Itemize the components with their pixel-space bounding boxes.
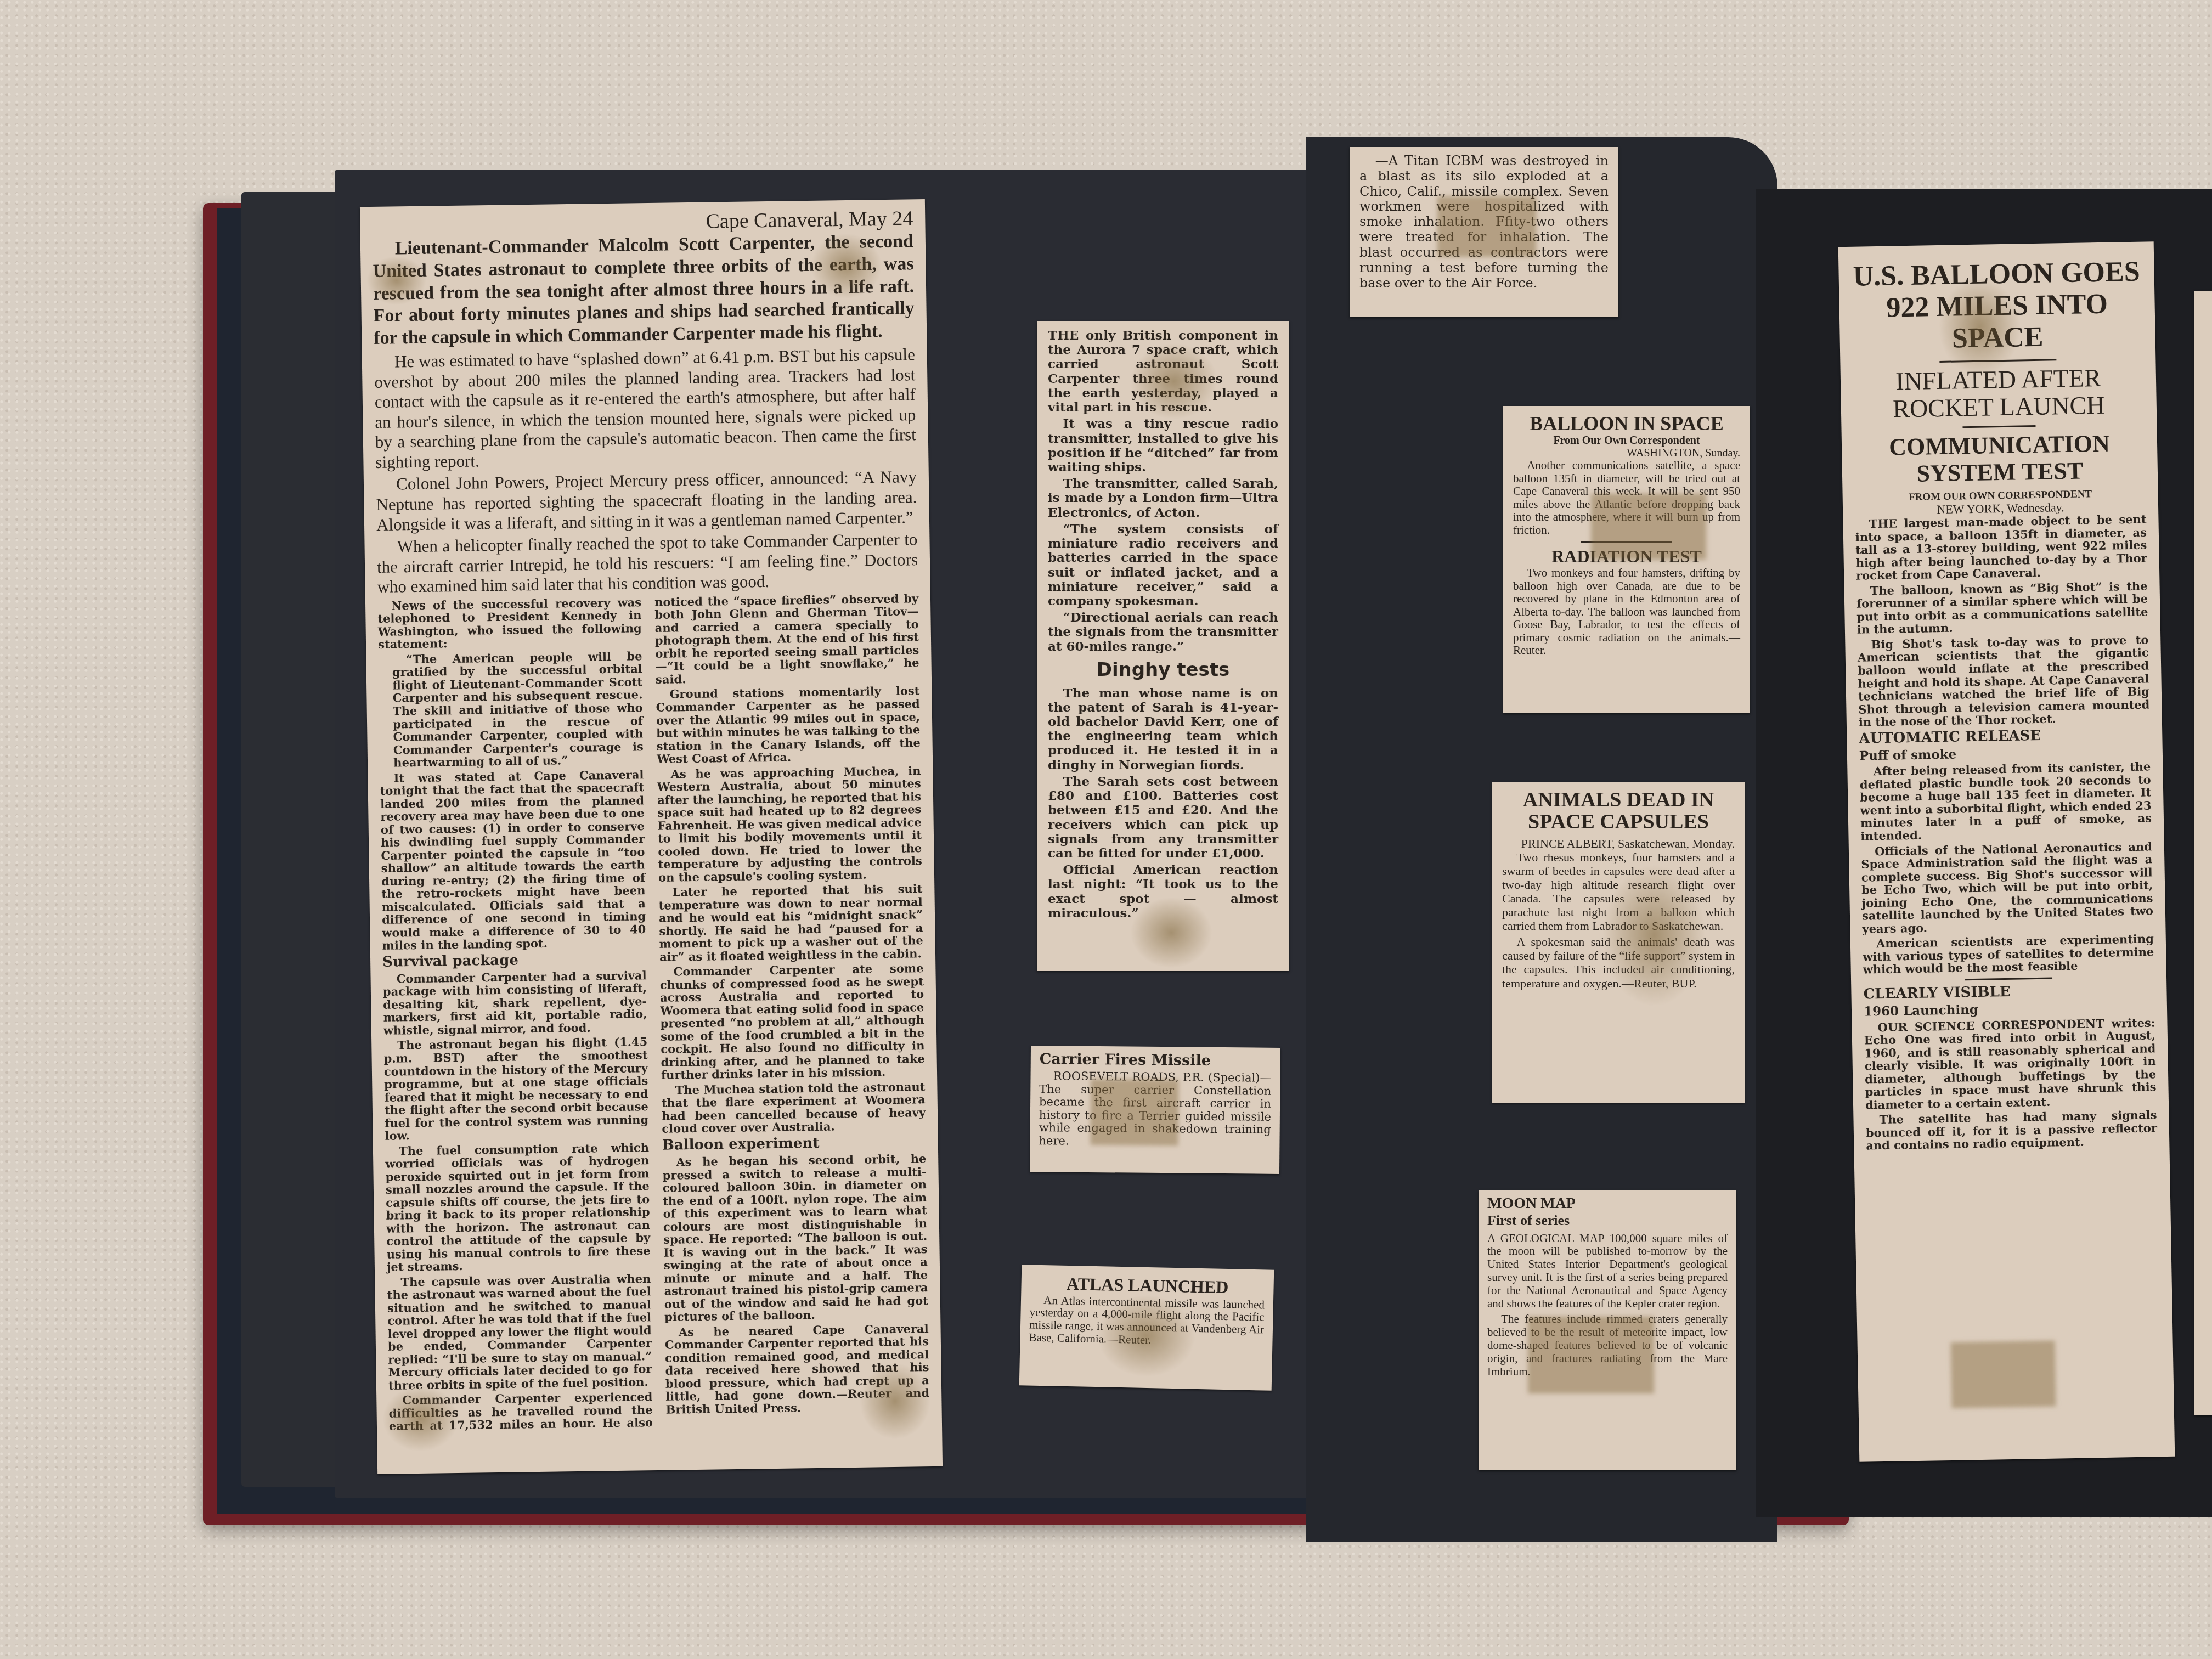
clipping-sarah-transmitter: THE only British component in the Aurora… <box>1037 321 1289 971</box>
headline: Carrier Fires Missile <box>1040 1051 1272 1070</box>
paragraph: After being released from its canister, … <box>1859 760 2152 843</box>
paragraph: He was estimated to have “splashed down”… <box>374 345 917 472</box>
paragraph: Commander Carpenter ate some chunks of c… <box>659 962 925 1081</box>
paragraph: ROOSEVELT ROADS, P.R. (Special)—The supe… <box>1039 1070 1271 1149</box>
headline: U.S. BALLOON GOES 922 MILES INTO SPACE <box>1850 256 2143 357</box>
paragraph: OUR SCIENCE CORRESPONDENT writes: Echo O… <box>1864 1016 2157 1111</box>
paragraph: The capsule was over Australia when the … <box>387 1272 652 1392</box>
paragraph: Big Shot's task to-day was to prove to A… <box>1857 633 2150 729</box>
headline: ANIMALS DEAD IN SPACE CAPSULES <box>1502 789 1735 833</box>
paragraph: Commander Carpenter had a survival packa… <box>382 969 647 1037</box>
article-columns: News of the successful recovery was tele… <box>377 592 930 1433</box>
paragraph: When a helicopter finally reached the sp… <box>376 529 918 597</box>
subheading: Dinghy tests <box>1048 659 1278 681</box>
clipping-titan-icbm: —A Titan ICBM was destroyed in a blast a… <box>1350 147 1618 317</box>
paragraph: The transmitter, called Sarah, is made b… <box>1048 477 1278 520</box>
paragraph: As he was approaching Muchea, in Western… <box>657 764 922 884</box>
paragraph: Ground stations momentarily lost Command… <box>656 685 921 766</box>
subheading: CLEARLY VISIBLE <box>1863 981 2154 1002</box>
headline: INFLATED AFTER ROCKET LAUNCH <box>1853 363 2145 424</box>
paragraph: —A Titan ICBM was destroyed in a blast a… <box>1359 154 1609 291</box>
dateline: WASHINGTON, Sunday. <box>1513 447 1740 459</box>
paragraph: It was stated at Cape Canaveral tonight … <box>380 768 646 952</box>
paragraph: Later he reported that his suit temperat… <box>658 882 923 963</box>
headline: BALLOON IN SPACE <box>1513 413 1740 435</box>
dateline: PRINCE ALBERT, Saskatchewan, Monday. <box>1502 837 1735 850</box>
paragraph: The balloon, known as “Big Shot” is the … <box>1856 579 2148 636</box>
clipping-carrier-missile: Carrier Fires Missile ROOSEVELT ROADS, P… <box>1030 1046 1280 1174</box>
paragraph: The satellite has had many signals bounc… <box>1865 1108 2157 1152</box>
paragraph: It was a tiny rescue radio transmitter, … <box>1048 417 1278 475</box>
clipping-atlas-launched: ATLAS LAUNCHED An Atlas intercontinental… <box>1019 1265 1274 1391</box>
paragraph: A spokesman said the animals' death was … <box>1502 935 1735 990</box>
paragraph: Another communications satellite, a spac… <box>1513 459 1740 537</box>
paragraph: The man whose name is on the patent of S… <box>1048 686 1278 772</box>
clipping-partial-edge <box>2194 291 2212 1415</box>
paragraph: The astronaut began his flight (1.45 p.m… <box>383 1036 649 1143</box>
paragraph: THE only British component in the Aurora… <box>1048 329 1278 415</box>
paragraph: News of the successful recovery was tele… <box>377 596 642 651</box>
glue-stain <box>1951 1341 2056 1408</box>
paragraph: An Atlas intercontinental missile was la… <box>1029 1294 1265 1348</box>
headline: MOON MAP <box>1487 1195 1728 1212</box>
paragraph: Officials of the National Aeronautics an… <box>1861 840 2154 935</box>
divider <box>1965 977 2052 980</box>
clipping-balloon-in-space: BALLOON IN SPACE From Our Own Correspond… <box>1503 406 1750 713</box>
clipping-carpenter-rescue: Cape Canaveral, May 24 Lieutenant-Comman… <box>360 199 943 1474</box>
paragraph: Two rhesus monkeys, four hamsters and a … <box>1502 850 1735 933</box>
paragraph: “Directional aerials can reach the signa… <box>1048 611 1278 654</box>
paragraph: “The system consists of miniature radio … <box>1048 522 1278 608</box>
clipping-moon-map: MOON MAP First of series A GEOLOGICAL MA… <box>1479 1190 1736 1470</box>
paragraph: The Muchea station told the astronaut th… <box>661 1080 926 1136</box>
paragraph: American scientists are experimenting wi… <box>1863 932 2154 976</box>
paragraph: The Sarah sets cost between £80 and £100… <box>1048 775 1278 861</box>
paragraph: The features include rimmed craters gene… <box>1487 1313 1728 1379</box>
subheading: AUTOMATIC RELEASE <box>1859 726 2150 747</box>
paragraph: THE largest man-made object to be sent i… <box>1855 513 2147 583</box>
paragraph: As he began his second orbit, he pressed… <box>662 1152 928 1323</box>
byline: From Our Own Correspondent <box>1513 435 1740 447</box>
divider <box>1581 541 1672 543</box>
paragraph: Two monkeys and four hamsters, drifting … <box>1513 567 1740 657</box>
article-body: THE largest man-made object to be sent i… <box>1855 513 2157 1152</box>
divider <box>1963 425 2036 428</box>
subheadline: First of series <box>1487 1212 1728 1229</box>
clipping-animals-dead: ANIMALS DEAD IN SPACE CAPSULES PRINCE AL… <box>1492 782 1745 1103</box>
paragraph: Official American reaction last night: “… <box>1048 863 1278 921</box>
paragraph: The fuel consumption rate which worried … <box>385 1141 651 1274</box>
subheading: Balloon experiment <box>662 1134 926 1154</box>
paragraph: Colonel John Powers, Project Mercury pre… <box>376 467 917 535</box>
lead-paragraph: Lieutenant-Commander Malcolm Scott Carpe… <box>373 230 915 350</box>
paragraph: A GEOLOGICAL MAP 100,000 square miles of… <box>1487 1232 1728 1311</box>
divider <box>1940 359 2056 363</box>
headline: RADIATION TEST <box>1513 547 1740 567</box>
clipping-us-balloon: U.S. BALLOON GOES 922 MILES INTO SPACE I… <box>1838 241 2175 1462</box>
headline: COMMUNICATION SYSTEM TEST <box>1854 429 2146 488</box>
kennedy-quote: “The American people will be gratified b… <box>392 650 644 769</box>
paragraph: As he neared Cape Canaveral Commander Ca… <box>664 1322 929 1416</box>
subheading: Survival package <box>382 951 646 970</box>
